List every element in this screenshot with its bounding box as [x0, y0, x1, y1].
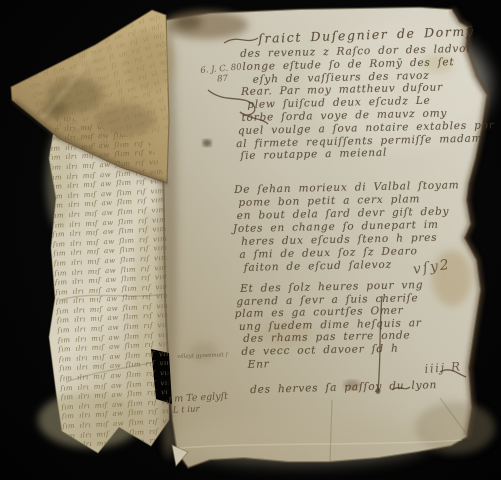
left-note-line1: ȷ m Te eglyſt [168, 391, 228, 405]
manuscript-photo: ſım ılrı mıſ aw ſlım rıſ vım ſıl mır ſv … [0, 0, 501, 480]
left-note-block: ȷ m Te eglyſt L t iur [168, 391, 229, 416]
paragraph-3: Et des ſolz heures pour vng garend a ſev… [236, 278, 478, 371]
margin-note: 6. J. C. 80 87 [200, 62, 243, 86]
margin-mark-lower: iiij R [424, 359, 462, 376]
left-note-line2: L t iur [173, 404, 200, 415]
paragraph-1: des revenuz z Raſco dor des ladvoi longe… [240, 43, 478, 163]
margin-note-line2: 87 [217, 74, 229, 85]
